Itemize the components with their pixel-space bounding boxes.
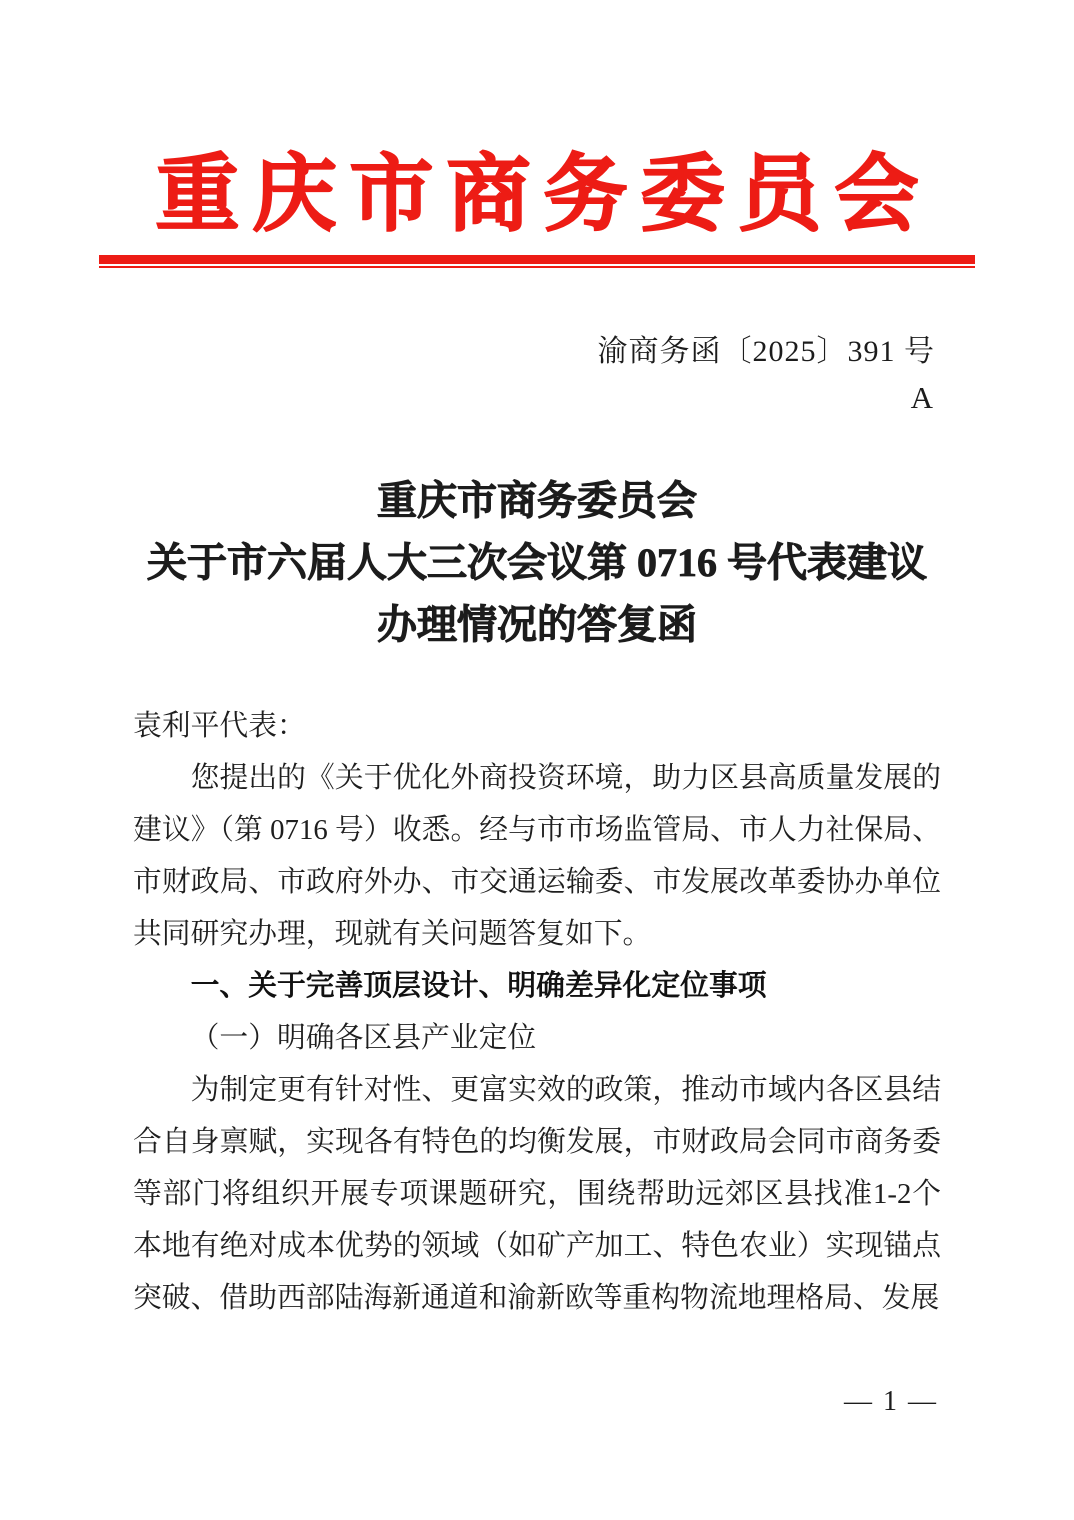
salutation: 袁利平代表：	[133, 700, 941, 752]
red-separator-thin-rule	[99, 266, 975, 268]
subsection-heading: （一）明确各区县产业定位	[133, 1012, 941, 1064]
document-title-line-1: 重庆市商务委员会	[0, 470, 1074, 532]
body-paragraph-2: 为制定更有针对性、更富实效的政策，推动市域内各区县结合自身禀赋，实现各有特色的均…	[133, 1064, 941, 1324]
agency-name-header: 重庆市商务委员会	[0, 144, 1074, 248]
red-separator-thick-bar	[99, 255, 975, 264]
document-body: 袁利平代表： 您提出的《关于优化外商投资环境，助力区县高质量发展的建议》（第 0…	[133, 700, 941, 1324]
red-separator-line	[99, 255, 975, 268]
section-heading: 一、关于完善顶层设计、明确差异化定位事项	[133, 960, 941, 1012]
page-number: — 1 —	[844, 1386, 938, 1418]
document-page: 重庆市商务委员会 渝商务函〔2025〕391 号 A 重庆市商务委员会 关于市六…	[0, 0, 1074, 1520]
document-title-line-3: 办理情况的答复函	[0, 594, 1074, 656]
body-paragraph-1: 您提出的《关于优化外商投资环境，助力区县高质量发展的建议》（第 0716 号）收…	[133, 752, 941, 960]
document-title-line-2: 关于市六届人大三次会议第 0716 号代表建议	[0, 532, 1074, 594]
document-number: 渝商务函〔2025〕391 号	[598, 326, 936, 370]
document-title: 重庆市商务委员会 关于市六届人大三次会议第 0716 号代表建议 办理情况的答复…	[0, 470, 1074, 656]
classification-mark: A	[911, 380, 933, 416]
